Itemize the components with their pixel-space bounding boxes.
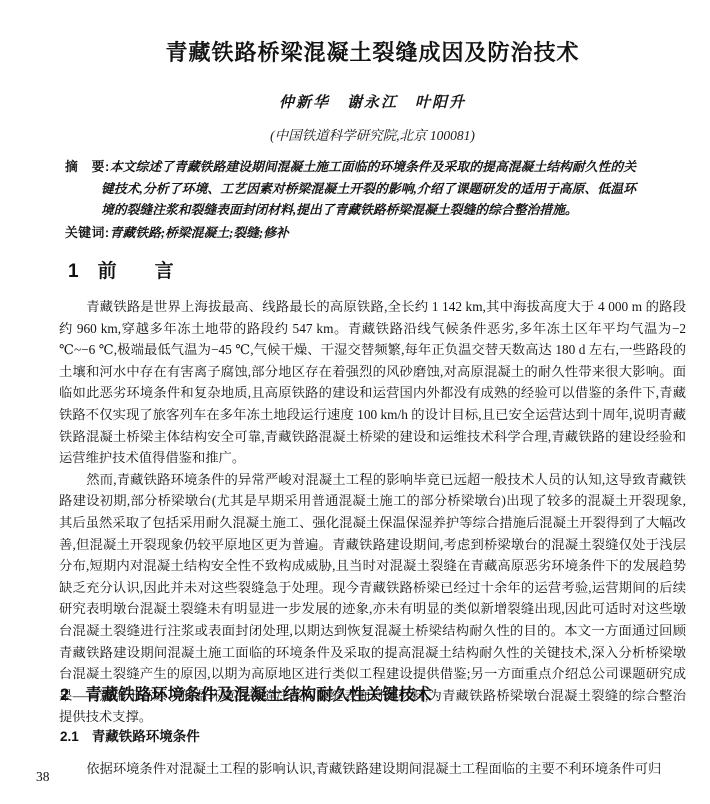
page-number: 38	[36, 769, 50, 785]
abstract-paragraph: 摘 要:本文综述了青藏铁路建设期间混凝土施工面临的环境条件及采取的提高混凝土结构…	[65, 156, 636, 222]
section-1-heading: 1前 言	[68, 259, 686, 285]
abstract-section: 摘 要:本文综述了青藏铁路建设期间混凝土施工面临的环境条件及采取的提高混凝土结构…	[65, 156, 636, 244]
subsection-2-1-number: 2.1	[60, 728, 79, 746]
abstract-label: 摘 要:	[65, 159, 110, 174]
section-2-number: 2	[60, 683, 69, 707]
keywords-label: 关键词:	[65, 225, 110, 240]
section-1: 1前 言 青藏铁路是世界上海拔最高、线路最长的高原铁路,全长约 1 142 km…	[59, 259, 686, 728]
section-2-heading: 2青藏铁路环境条件及混凝土结构耐久性关键技术	[60, 683, 686, 707]
section-2: 2青藏铁路环境条件及混凝土结构耐久性关键技术 2.1青藏铁路环境条件 依据环境条…	[59, 683, 686, 780]
section-1-number: 1	[68, 259, 79, 285]
affiliation-line: (中国铁道科学研究院,北京 100081)	[59, 126, 686, 145]
paper-header: 青藏铁路桥梁混凝土裂缝成因及防治技术 仲新华 谢永江 叶阳升 (中国铁道科学研究…	[59, 38, 686, 145]
section-2-title: 青藏铁路环境条件及混凝土结构耐久性关键技术	[85, 686, 432, 704]
subsection-2-1-paragraph-1: 依据环境条件对混凝土工程的影响认识,青藏铁路建设期间混凝土工程面临的主要不利环境…	[59, 758, 686, 780]
keywords-paragraph: 关键词:青藏铁路;桥梁混凝土;裂缝;修补	[65, 222, 636, 245]
authors-line: 仲新华 谢永江 叶阳升	[59, 93, 686, 113]
keywords-text: 青藏铁路;桥梁混凝土;裂缝;修补	[110, 226, 289, 240]
abstract-text: 本文综述了青藏铁路建设期间混凝土施工面临的环境条件及采取的提高混凝土结构耐久性的…	[101, 160, 636, 217]
subsection-2-1-heading: 2.1青藏铁路环境条件	[60, 728, 686, 746]
subsection-2-1-title: 青藏铁路环境条件	[92, 729, 200, 744]
paper-title: 青藏铁路桥梁混凝土裂缝成因及防治技术	[59, 38, 686, 68]
paper-page: 青藏铁路桥梁混凝土裂缝成因及防治技术 仲新华 谢永江 叶阳升 (中国铁道科学研究…	[0, 0, 710, 804]
section-1-paragraph-1: 青藏铁路是世界上海拔最高、线路最长的高原铁路,全长约 1 142 km,其中海拔…	[59, 296, 686, 469]
section-1-title: 前 言	[98, 261, 174, 282]
